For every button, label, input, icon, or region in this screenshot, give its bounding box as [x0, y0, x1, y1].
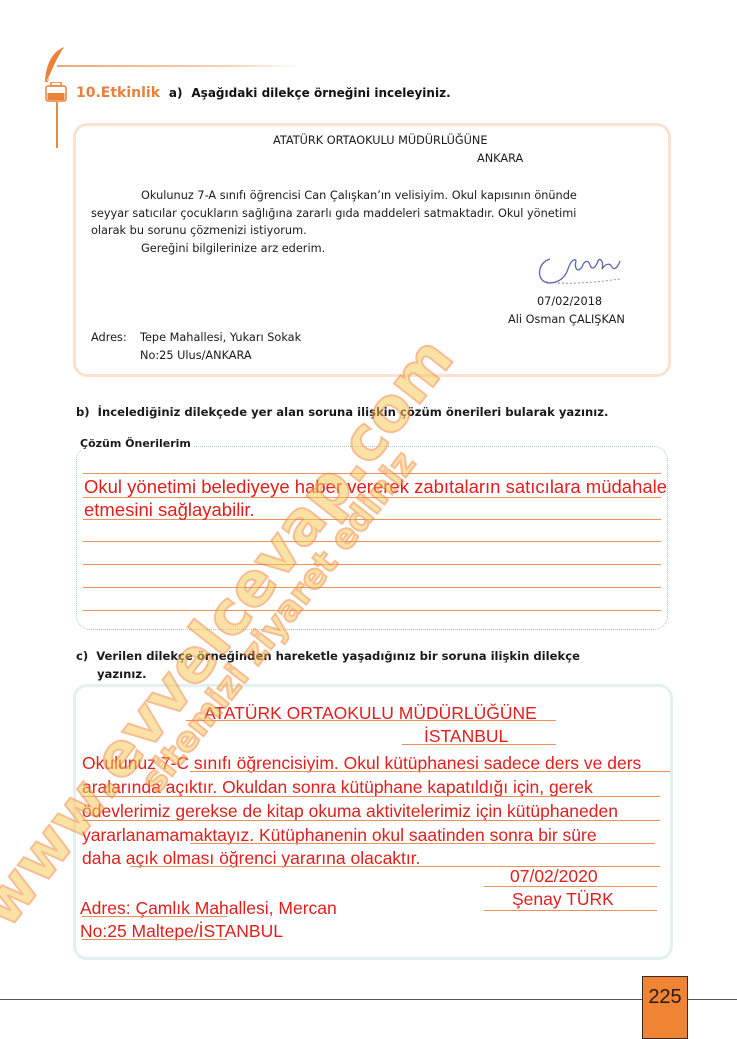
writing-line — [82, 820, 660, 821]
student-letter-name[interactable]: Şenay TÜRK — [512, 889, 614, 910]
writing-line — [190, 843, 655, 844]
part-a-question: Aşağıdaki dilekçe örneğini inceleyiniz. — [191, 86, 450, 100]
writing-line — [82, 796, 660, 797]
writing-line — [484, 886, 657, 887]
writing-line — [190, 771, 670, 772]
part-a-label: a) — [169, 86, 183, 100]
sample-letter-address-line: Tepe Mahallesi, Yukarı Sokak — [140, 331, 301, 344]
writing-line — [83, 541, 661, 542]
writing-line — [83, 473, 661, 474]
part-c-question-line: Verilen dilekçe örneğinden hareketle yaş… — [96, 649, 580, 663]
sample-letter-body-line: olarak bu sorunu çözmenizi istiyorum. — [91, 224, 307, 237]
writing-line — [82, 939, 227, 940]
sample-letter-body-line: seyyar satıcılar çocukların sağlığına za… — [91, 207, 576, 220]
sample-letter-closing: Gereğini bilgilerinize arz ederim. — [141, 242, 325, 255]
part-c-label: c) — [76, 649, 88, 663]
signature-icon — [532, 249, 628, 289]
inkwell-icon — [45, 82, 67, 102]
footer-line — [0, 999, 737, 1000]
part-b-label: b) — [76, 405, 90, 419]
student-letter-date[interactable]: 07/02/2020 — [510, 866, 598, 887]
solutions-box-title: Çözüm Önerilerim — [80, 437, 194, 450]
part-b-question-text: İncelediğiniz dilekçede yer alan soruna … — [98, 405, 609, 419]
part-b-question: b) İncelediğiniz dilekçede yer alan soru… — [76, 405, 608, 419]
writing-line — [186, 720, 556, 721]
student-letter-body-line[interactable]: ödevlerimiz gerekse de kitap okuma aktiv… — [82, 801, 618, 822]
writing-line — [83, 610, 661, 611]
header-vertical-line — [56, 102, 58, 148]
student-letter-body-line[interactable]: aralarında açıktır. Okuldan sonra kütüph… — [82, 777, 593, 798]
sample-letter-address-label: Adres: — [91, 331, 127, 344]
sample-letter-address-line: No:25 Ulus/ANKARA — [140, 349, 252, 362]
header-decor-line — [57, 65, 302, 67]
sample-letter-city: ANKARA — [477, 152, 523, 165]
sample-letter-date: 07/02/2018 — [537, 295, 602, 308]
part-b-answer-line[interactable]: etmesini sağlayabilir. — [84, 499, 255, 521]
part-c-question-line: yazınız. — [76, 665, 580, 683]
quill-icon — [42, 46, 66, 86]
activity-number: 10.Etkinlik — [76, 85, 160, 101]
writing-line — [83, 587, 661, 588]
writing-line — [484, 910, 657, 911]
part-c-question: c) Verilen dilekçe örneğinden hareketle … — [76, 647, 580, 683]
page-number: 225 — [642, 986, 688, 1009]
writing-line — [402, 744, 556, 745]
writing-line — [83, 564, 661, 565]
part-b-answer-line[interactable]: Okul yönetimi belediyeye haber vererek z… — [84, 476, 667, 498]
sample-letter-name: Ali Osman ÇALIŞKAN — [508, 313, 625, 326]
activity-heading: 10.Etkinlik a) Aşağıdaki dilekçe örneğin… — [76, 85, 451, 101]
writing-line — [82, 916, 227, 917]
sample-letter-body-line: Okulunuz 7-A sınıfı öğrencisi Can Çalışk… — [141, 189, 577, 202]
sample-letter-recipient: ATATÜRK ORTAOKULU MÜDÜRLÜĞÜNE — [273, 134, 488, 147]
